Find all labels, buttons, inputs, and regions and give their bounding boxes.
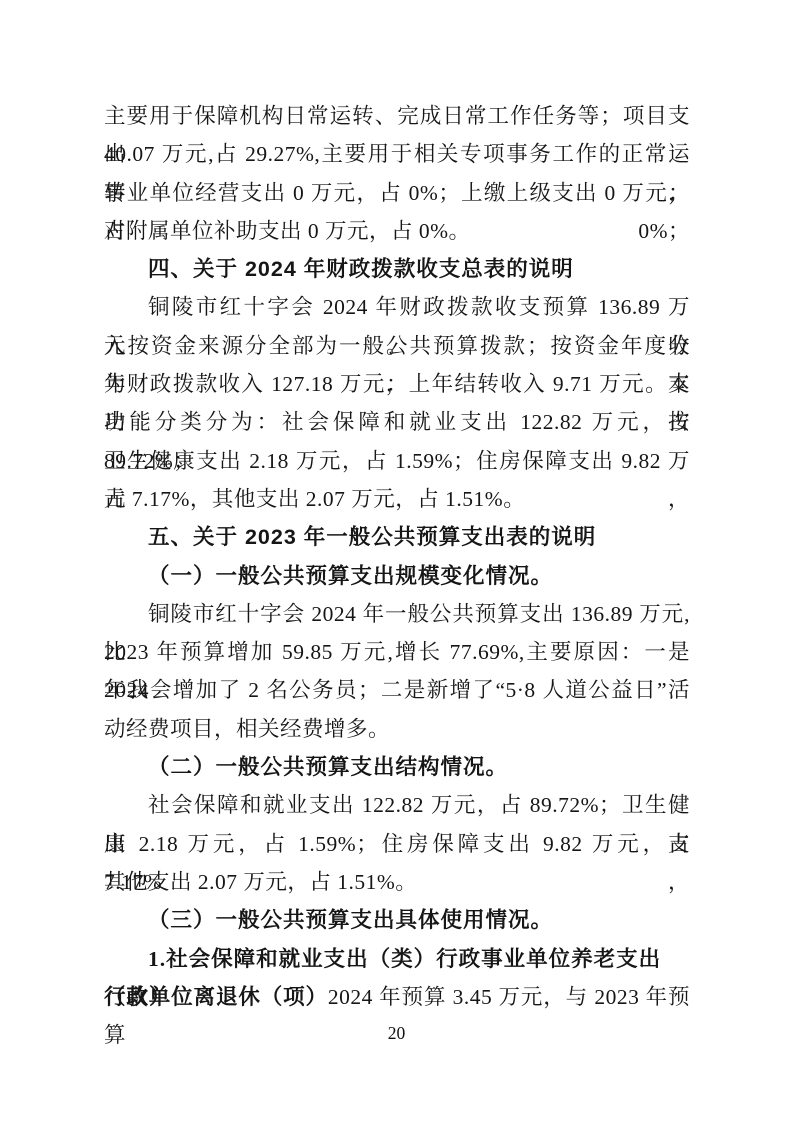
subsection-heading-1: （一）一般公共预算支出规模变化情况。: [104, 557, 690, 595]
body-line: 2023 年预算增加 59.85 万元,增长 77.69%,主要原因：一是 20…: [104, 633, 690, 671]
section-heading-5: 五、关于 2023 年一般公共预算支出表的说明: [104, 518, 690, 556]
body-line: 年我会增加了 2 名公务员；二是新增了“5·8 人道公益日”活: [104, 671, 690, 709]
body-line: 主要用于保障机构日常运转、完成日常工作任务等；项目支出: [104, 97, 690, 135]
mixed-style-line: 行政单位离退休（项）2024 年预算 3.45 万元，与 2023 年预算: [104, 978, 690, 1016]
body-line: 铜陵市红十字会 2024 年财政拨款收支预算 136.89 万元。收: [104, 288, 690, 326]
body-line: 40.07 万元,占 29.27%,主要用于相关专项事务工作的正常运转；: [104, 135, 690, 173]
subsection-heading-3: （三）一般公共预算支出具体使用情况。: [104, 901, 690, 939]
text-block: 主要用于保障机构日常运转、完成日常工作任务等；项目支出 40.07 万元,占 2…: [104, 97, 690, 1016]
body-line: 功能分类分为：社会保障和就业支出 122.82 万元，占 89.72%；: [104, 403, 690, 441]
body-line: 社会保障和就业支出 122.82 万元，占 89.72%；卫生健康支: [104, 786, 690, 824]
body-line: 出 2.18 万元，占 1.59%；住房保障支出 9.82 万元，占 7.17%…: [104, 825, 690, 863]
body-line: 年财政拨款收入 127.18 万元，上年结转收入 9.71 万元。支出按: [104, 365, 690, 403]
body-line: 入按资金来源分全部为一般公共预算拨款；按资金年度分为：本: [104, 327, 690, 365]
body-line: 事业单位经营支出 0 万元，占 0%；上缴上级支出 0 万元，占 0%；: [104, 174, 690, 212]
section-heading-4: 四、关于 2024 年财政拨款收支总表的说明: [104, 250, 690, 288]
subsection-heading-2: （二）一般公共预算支出结构情况。: [104, 748, 690, 786]
body-line: 卫生健康支出 2.18 万元，占 1.59%；住房保障支出 9.82 万元，: [104, 442, 690, 480]
numbered-item-line: 1.社会保障和就业支出（类）行政事业单位养老支出（款）: [104, 940, 690, 978]
mixed-line-bold-part: 行政单位离退休（项）: [104, 985, 328, 1009]
body-line: 动经费项目，相关经费增多。: [104, 710, 690, 748]
body-line: 铜陵市红十字会 2024 年一般公共预算支出 136.89 万元,比: [104, 595, 690, 633]
document-page: 主要用于保障机构日常运转、完成日常工作任务等；项目支出 40.07 万元,占 2…: [0, 0, 793, 1122]
page-number: 20: [0, 1022, 793, 1044]
